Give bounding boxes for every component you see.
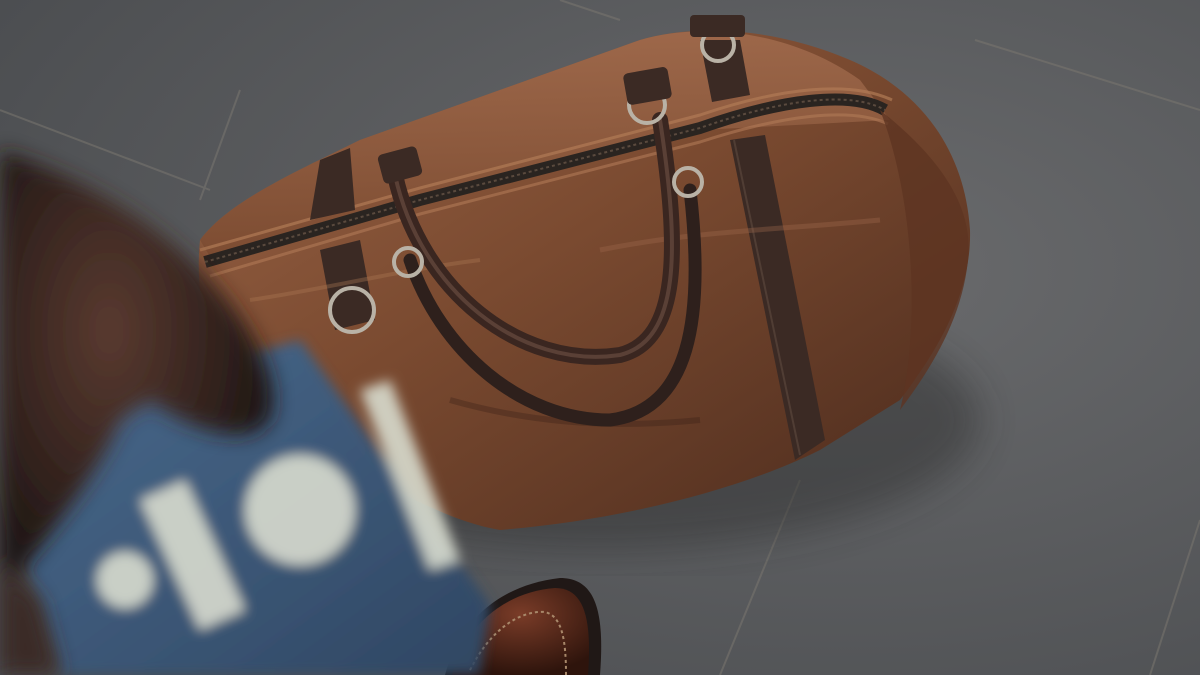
photo-illustration — [0, 0, 1200, 675]
photo-scene: Overhead photo of a brown leather duffel… — [0, 0, 1200, 675]
